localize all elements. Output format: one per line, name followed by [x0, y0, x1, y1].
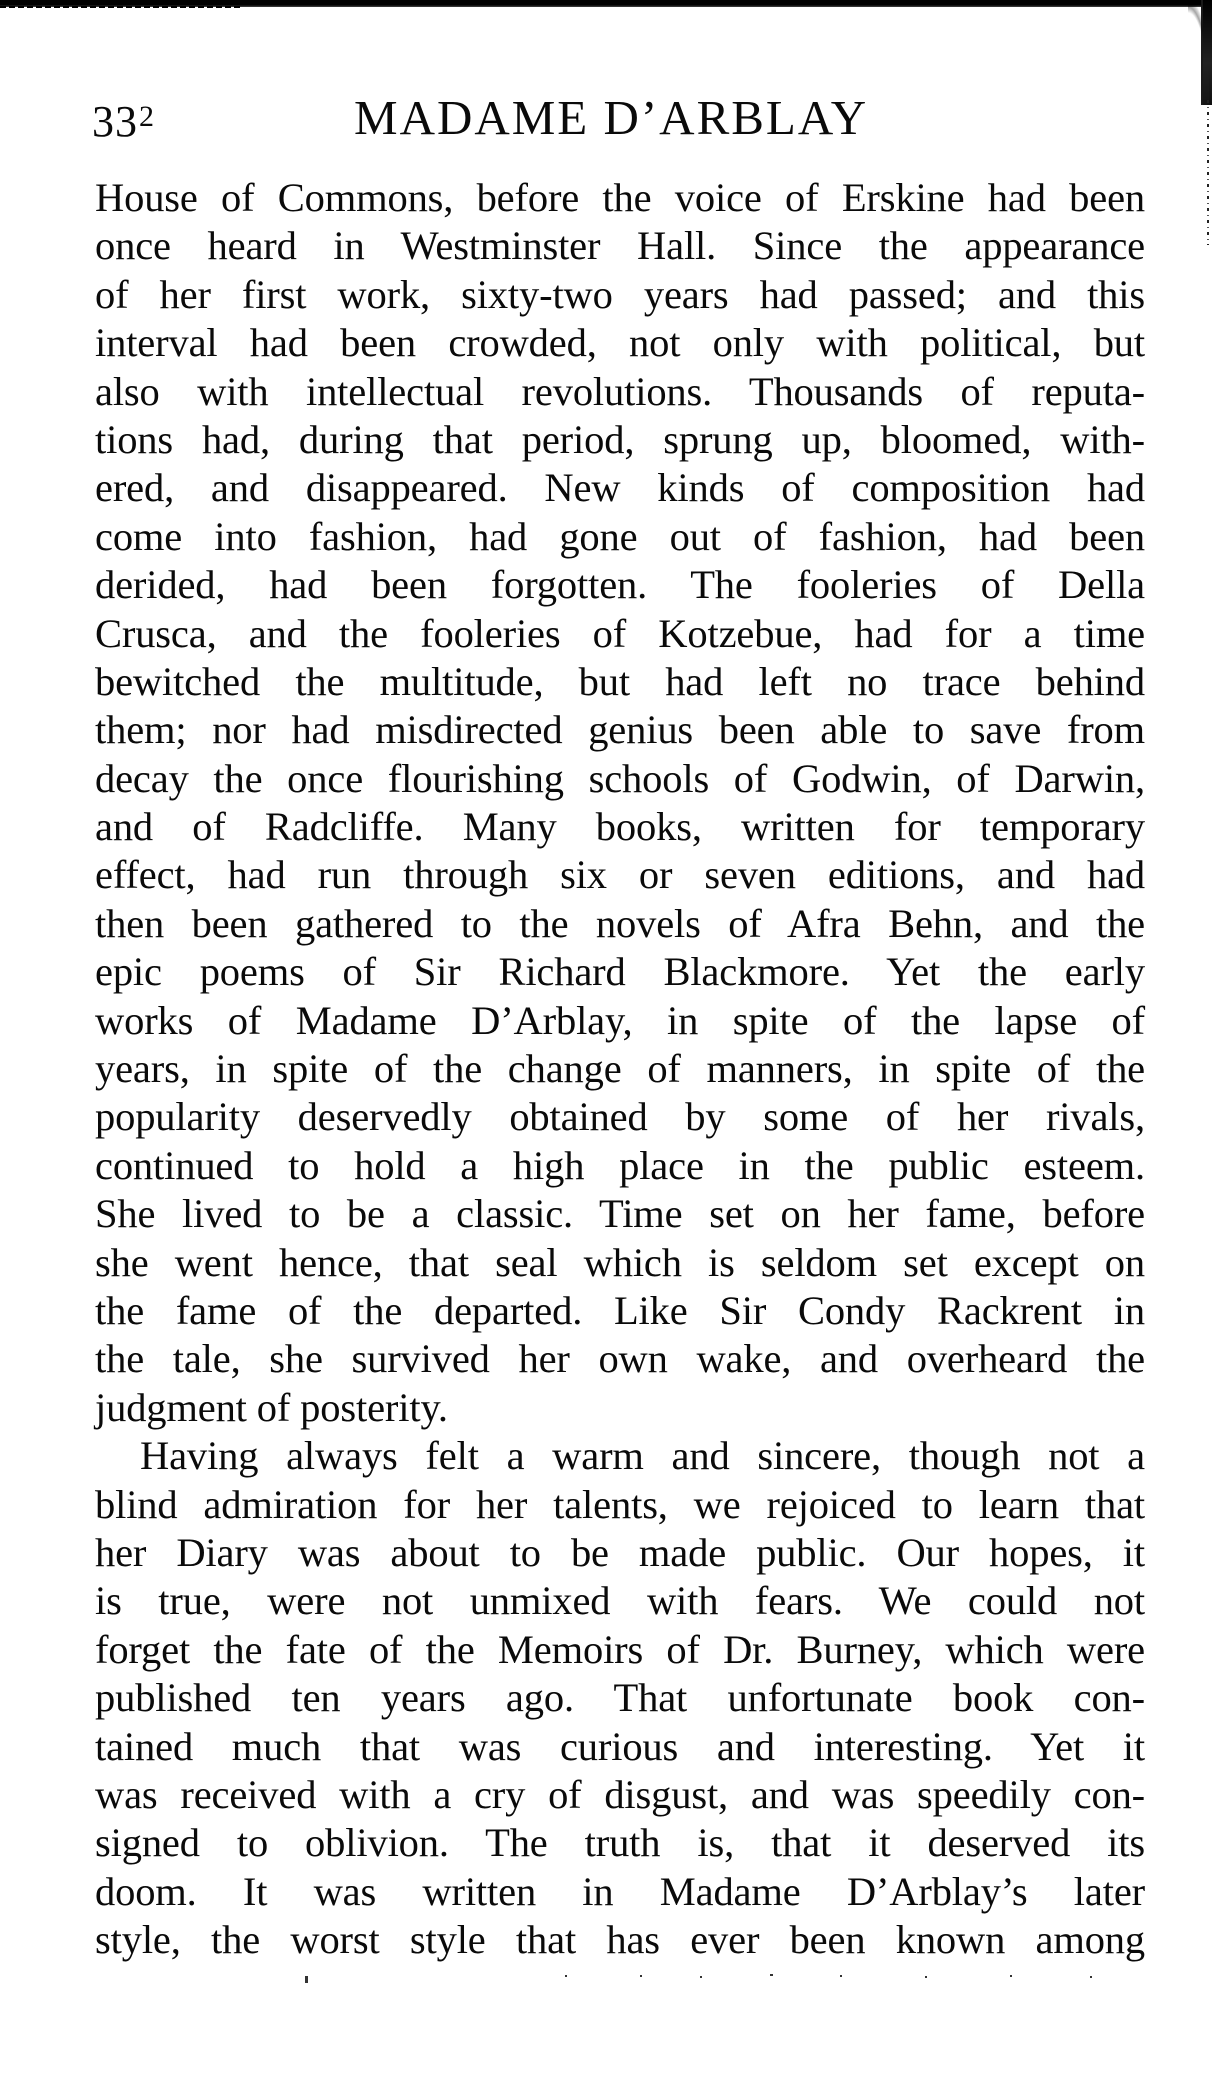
- top-scan-rule: [0, 0, 1205, 7]
- text-line: continued to hold a high place in the pu…: [95, 1142, 1145, 1190]
- text-line: effect, had run through six or seven edi…: [95, 851, 1145, 899]
- text-line: the fame of the departed. Like Sir Condy…: [95, 1287, 1145, 1335]
- text-line: derided, had been forgotten. The fooleri…: [95, 561, 1145, 609]
- scan-speck: [640, 1975, 642, 1977]
- scan-speck: [770, 1974, 773, 1976]
- text-line: signed to oblivion. The truth is, that i…: [95, 1819, 1145, 1867]
- text-line: interval had been crowded, not only with…: [95, 319, 1145, 367]
- scan-speck: [1010, 1975, 1012, 1977]
- text-line: of her first work, sixty-two years had p…: [95, 271, 1145, 319]
- text-line: and of Radcliffe. Many books, written fo…: [95, 803, 1145, 851]
- text-line: the tale, she survived her own wake, and…: [95, 1335, 1145, 1383]
- text-line: ered, and disappeared. New kinds of comp…: [95, 464, 1145, 512]
- text-line: House of Commons, before the voice of Er…: [95, 174, 1145, 222]
- text-line: tions had, during that period, sprung up…: [95, 416, 1145, 464]
- text-line: she went hence, that seal which is seldo…: [95, 1239, 1145, 1287]
- page-number: 332: [92, 100, 155, 144]
- paragraph-start-line: Having always felt a warm and sincere, t…: [95, 1432, 1145, 1480]
- text-line: her Diary was about to be made public. O…: [95, 1529, 1145, 1577]
- text-line: then been gathered to the novels of Afra…: [95, 900, 1145, 948]
- text-line: also with intellectual revolutions. Thou…: [95, 368, 1145, 416]
- text-line: forget the fate of the Memoirs of Dr. Bu…: [95, 1626, 1145, 1674]
- text-line: published ten years ago. That unfortunat…: [95, 1674, 1145, 1722]
- text-line: works of Madame D’Arblay, in spite of th…: [95, 997, 1145, 1045]
- paragraph-end-line: judgment of posterity.: [95, 1384, 1145, 1432]
- running-head: 332 MADAME D’ARBLAY: [0, 88, 1229, 150]
- text-line: years, in spite of the change of manners…: [95, 1045, 1145, 1093]
- text-line: decay the once flourishing schools of Go…: [95, 755, 1145, 803]
- text-line: style, the worst style that has ever bee…: [95, 1916, 1145, 1964]
- text-line: doom. It was written in Madame D’Arblay’…: [95, 1868, 1145, 1916]
- text-line: bewitched the multitude, but had left no…: [95, 658, 1145, 706]
- text-line: was received with a cry of disgust, and …: [95, 1771, 1145, 1819]
- scan-speck: [700, 1976, 702, 1978]
- text-line: them; nor had misdirected genius been ab…: [95, 706, 1145, 754]
- body-text: House of Commons, before the voice of Er…: [95, 174, 1145, 1964]
- text-line: blind admiration for her talents, we rej…: [95, 1481, 1145, 1529]
- text-line: epic poems of Sir Richard Blackmore. Yet…: [95, 948, 1145, 996]
- text-line: popularity deservedly obtained by some o…: [95, 1093, 1145, 1141]
- text-line: Crusca, and the fooleries of Kotzebue, h…: [95, 610, 1145, 658]
- page-title: MADAME D’ARBLAY: [354, 93, 852, 142]
- text-line: tained much that was curious and interes…: [95, 1723, 1145, 1771]
- text-line: once heard in Westminster Hall. Since th…: [95, 222, 1145, 270]
- text-line: come into fashion, had gone out of fashi…: [95, 513, 1145, 561]
- text-line: is true, were not unmixed with fears. We…: [95, 1577, 1145, 1625]
- page-number-raised-digit: 2: [139, 100, 155, 133]
- scan-speck: [925, 1976, 927, 1978]
- scan-speck: [840, 1975, 842, 1977]
- scan-speck: [305, 1976, 308, 1983]
- page-number-digits: 33: [92, 97, 138, 146]
- scan-speck: [1090, 1976, 1092, 1978]
- text-line: She lived to be a classic. Time set on h…: [95, 1190, 1145, 1238]
- scan-speck: [565, 1975, 567, 1977]
